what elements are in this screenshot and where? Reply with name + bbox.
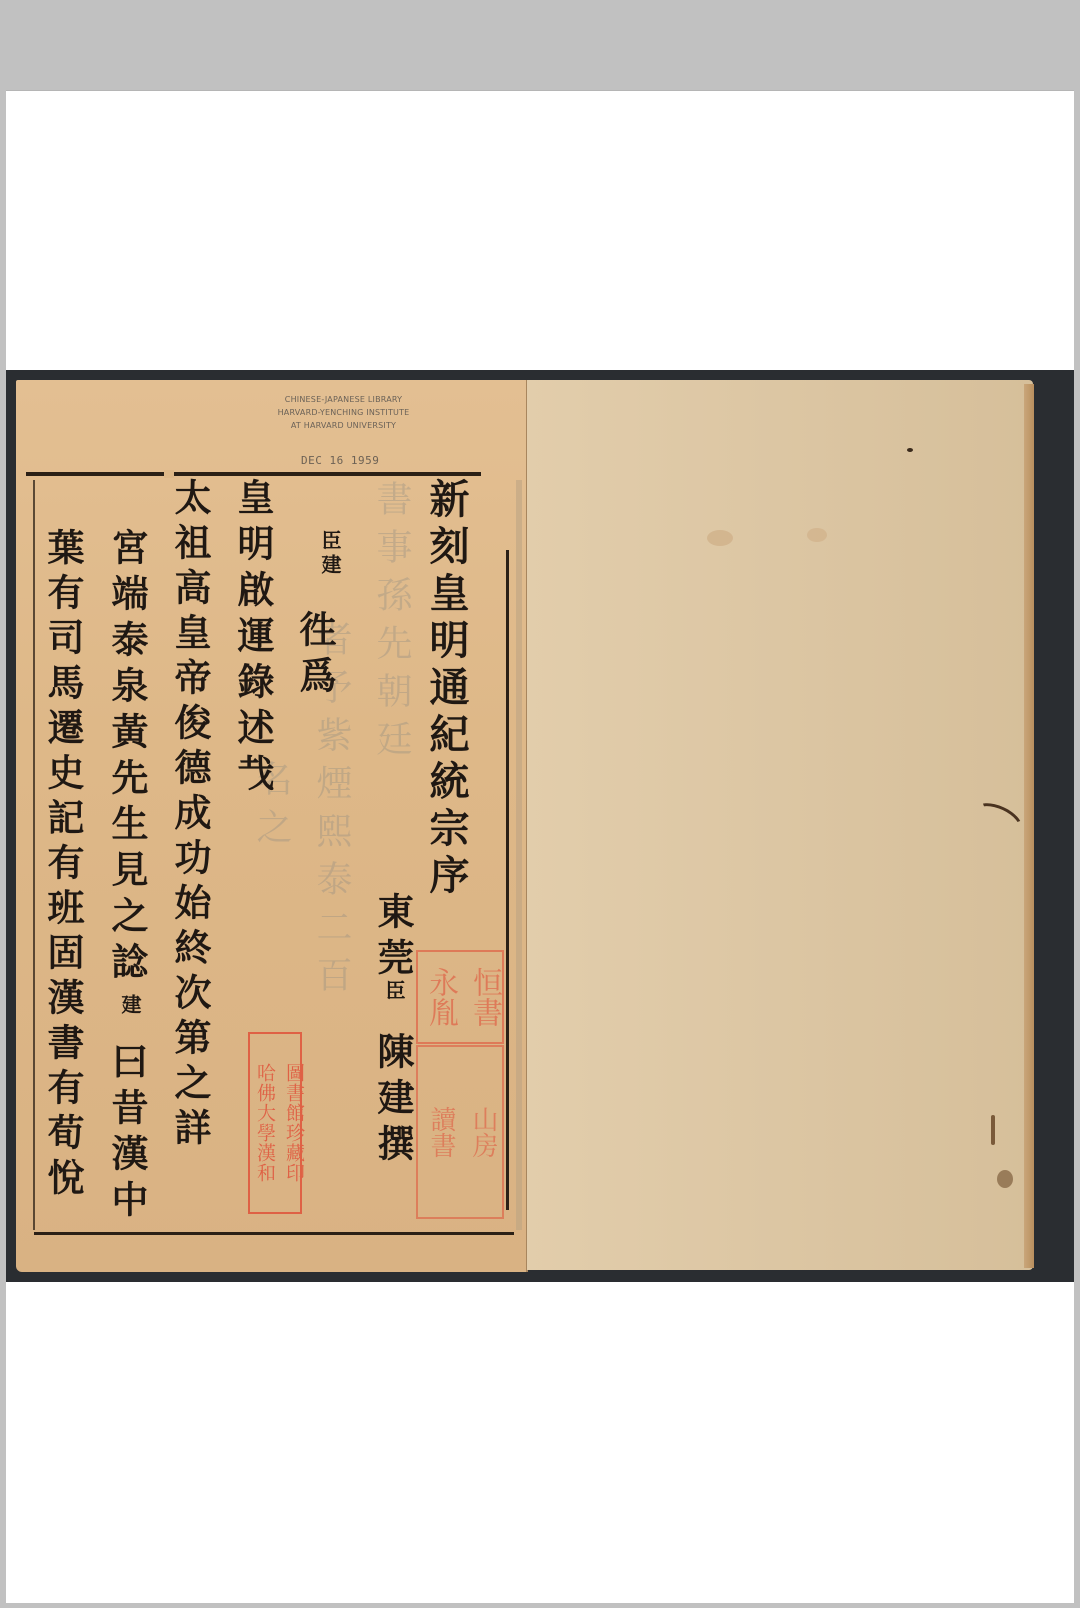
seal-col-1: 哈佛大學漢和: [250, 1034, 279, 1212]
ink-spot: [907, 448, 913, 452]
seal-col-2: 山房: [460, 1047, 502, 1217]
column-3-small: 臣建: [320, 530, 340, 578]
collector-seal-upper: 永胤 恒書: [416, 950, 504, 1044]
frame-top-line: [26, 472, 481, 476]
column-6-small: 建: [120, 994, 140, 1018]
damage-mark: [997, 1170, 1013, 1188]
seal-col-2: 恒書: [462, 952, 506, 1042]
bleed-through-text: 書事孫先朝廷: [366, 480, 417, 768]
column-6-b: 曰昔漢中: [108, 1042, 145, 1226]
frame-right-line: [506, 550, 509, 1210]
worm-track-mark: [969, 796, 1028, 843]
column-4: 皇明啟運錄述𢦏: [234, 478, 271, 800]
book-scan-image[interactable]: CHINESE-JAPANESE LIBRARY HARVARD-YENCHIN…: [6, 370, 1074, 1282]
stamp-line-2: HARVARD-YENCHING INSTITUTE: [261, 406, 426, 419]
stamp-line-1: CHINESE-JAPANESE LIBRARY: [261, 393, 426, 406]
frame-right-shadow: [516, 480, 522, 1230]
preface-title: 新刻皇明通紀統宗序: [426, 478, 466, 901]
left-page: CHINESE-JAPANESE LIBRARY HARVARD-YENCHIN…: [16, 380, 527, 1272]
acquisition-date-stamp: DEC 16 1959: [301, 454, 379, 467]
column-5: 太祖高皇帝俊德成功始終次第之詳𡗝: [171, 478, 208, 1198]
column-3-main: 徃爲: [296, 610, 333, 702]
column-6-a: 宮端泰泉黃先生見之諗: [108, 528, 145, 988]
collector-seal-lower: 讀書 山房: [416, 1045, 504, 1219]
author-place: 東莞: [374, 892, 411, 984]
frame-bottom-line: [34, 1232, 514, 1235]
frame-left-line: [33, 480, 35, 1230]
column-7: 葉有司馬遷史記有班固漢書有荀悅: [44, 528, 81, 1203]
stamp-line-3: AT HARVARD UNIVERSITY: [261, 419, 426, 432]
right-page-blank: [527, 380, 1033, 1270]
stain-mark: [707, 530, 733, 546]
frame-top-gap: [164, 470, 174, 478]
library-acquisition-stamp: CHINESE-JAPANESE LIBRARY HARVARD-YENCHIN…: [261, 393, 426, 432]
author-name: 陳建撰: [374, 1032, 411, 1170]
stain-mark: [807, 528, 827, 542]
page-edge: [1024, 384, 1034, 1268]
worm-track-mark: [991, 1115, 995, 1145]
seal-col-2: 圖書館珍藏印: [279, 1034, 308, 1212]
seal-col-1: 讀書: [418, 1047, 460, 1217]
author-minister-mark: 臣: [384, 980, 404, 1004]
seal-col-1: 永胤: [418, 952, 462, 1042]
harvard-yenching-library-seal: 哈佛大學漢和 圖書館珍藏印: [248, 1032, 302, 1214]
